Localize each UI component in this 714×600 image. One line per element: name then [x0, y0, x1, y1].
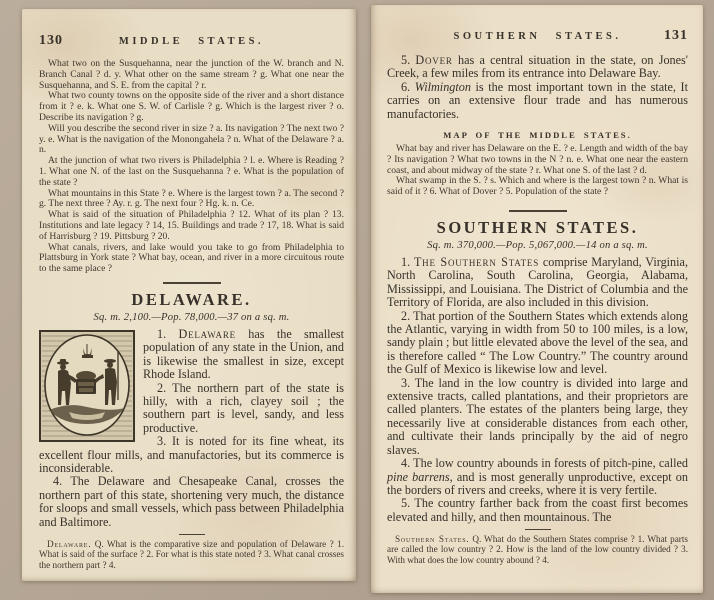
- southern-paragraph-2: 2. That portion of the Southern States w…: [387, 310, 688, 377]
- delaware-continued-body: 5. Dover has a central situation in the …: [387, 54, 688, 121]
- left-page-header: 130 MIDDLE STATES.: [39, 33, 344, 49]
- question-paragraph: What swamp in the S. ? s. Which and wher…: [387, 176, 688, 198]
- running-head-left: MIDDLE STATES.: [73, 36, 310, 47]
- delaware-body: 1. Delaware has the smallest population …: [39, 328, 344, 529]
- delaware-heading: DELAWARE.: [39, 290, 344, 310]
- question-paragraph: What two on the Susquehanna, near the ju…: [39, 59, 344, 91]
- question-paragraph: What mountains in this State ? e. Where …: [39, 189, 344, 211]
- question-paragraph: At the junction of what two rivers is Ph…: [39, 156, 344, 188]
- delaware-footnote: Delaware. Q. What is the comparative siz…: [39, 539, 344, 570]
- southern-paragraph-4: 4. The low country abounds in forests of…: [387, 457, 688, 497]
- running-head-right: SOUTHERN STATES.: [421, 31, 654, 42]
- southern-paragraph-5: 5. The country farther back from the coa…: [387, 497, 688, 524]
- map-questions-block: What bay and river has Delaware on the E…: [387, 144, 688, 198]
- question-paragraph: What canals, rivers, and lake would you …: [39, 243, 344, 275]
- southern-paragraph-1: 1. The Southern States comprise Maryland…: [387, 256, 688, 310]
- section-divider: [509, 210, 567, 212]
- question-paragraph: Will you describe the second river in si…: [39, 124, 344, 156]
- southern-states-stats: Sq. m. 370,000.—Pop. 5,067,000.—14 on a …: [387, 240, 688, 251]
- question-paragraph: What bay and river has Delaware on the E…: [387, 144, 688, 176]
- southern-states-heading: SOUTHERN STATES.: [387, 218, 688, 238]
- page-number-left: 130: [39, 33, 73, 49]
- page-number-right: 131: [654, 28, 688, 44]
- southern-paragraph-3: 3. The land in the low country is divide…: [387, 377, 688, 457]
- delaware-paragraph-5: 5. Dover has a central situation in the …: [387, 54, 688, 81]
- book-page-left: 130 MIDDLE STATES. What two on the Susqu…: [22, 9, 356, 581]
- book-page-right: SOUTHERN STATES. 131 5. Dover has a cent…: [371, 5, 703, 593]
- delaware-paragraph-6: 6. Wilmington is the most important town…: [387, 81, 688, 121]
- southern-states-body: 1. The Southern States comprise Maryland…: [387, 256, 688, 524]
- map-questions-heading: MAP OF THE MIDDLE STATES.: [387, 130, 688, 140]
- footnote-divider: [525, 529, 551, 530]
- delaware-seal-illustration: [39, 330, 135, 442]
- footnote-divider: [179, 534, 205, 535]
- right-page-header: SOUTHERN STATES. 131: [387, 28, 688, 44]
- question-paragraph: What two county towns on the opposite si…: [39, 91, 344, 123]
- delaware-paragraph-4: 4. The Delaware and Chesapeake Canal, cr…: [39, 475, 344, 529]
- question-paragraph: What is said of the situation of Philade…: [39, 210, 344, 242]
- southern-states-footnote: Southern States. Q. What do the Southern…: [387, 534, 688, 565]
- delaware-stats: Sq. m. 2,100.—Pop. 78,000.—37 on a sq. m…: [39, 312, 344, 323]
- review-questions-block: What two on the Susquehanna, near the ju…: [39, 59, 344, 275]
- section-divider: [163, 282, 221, 284]
